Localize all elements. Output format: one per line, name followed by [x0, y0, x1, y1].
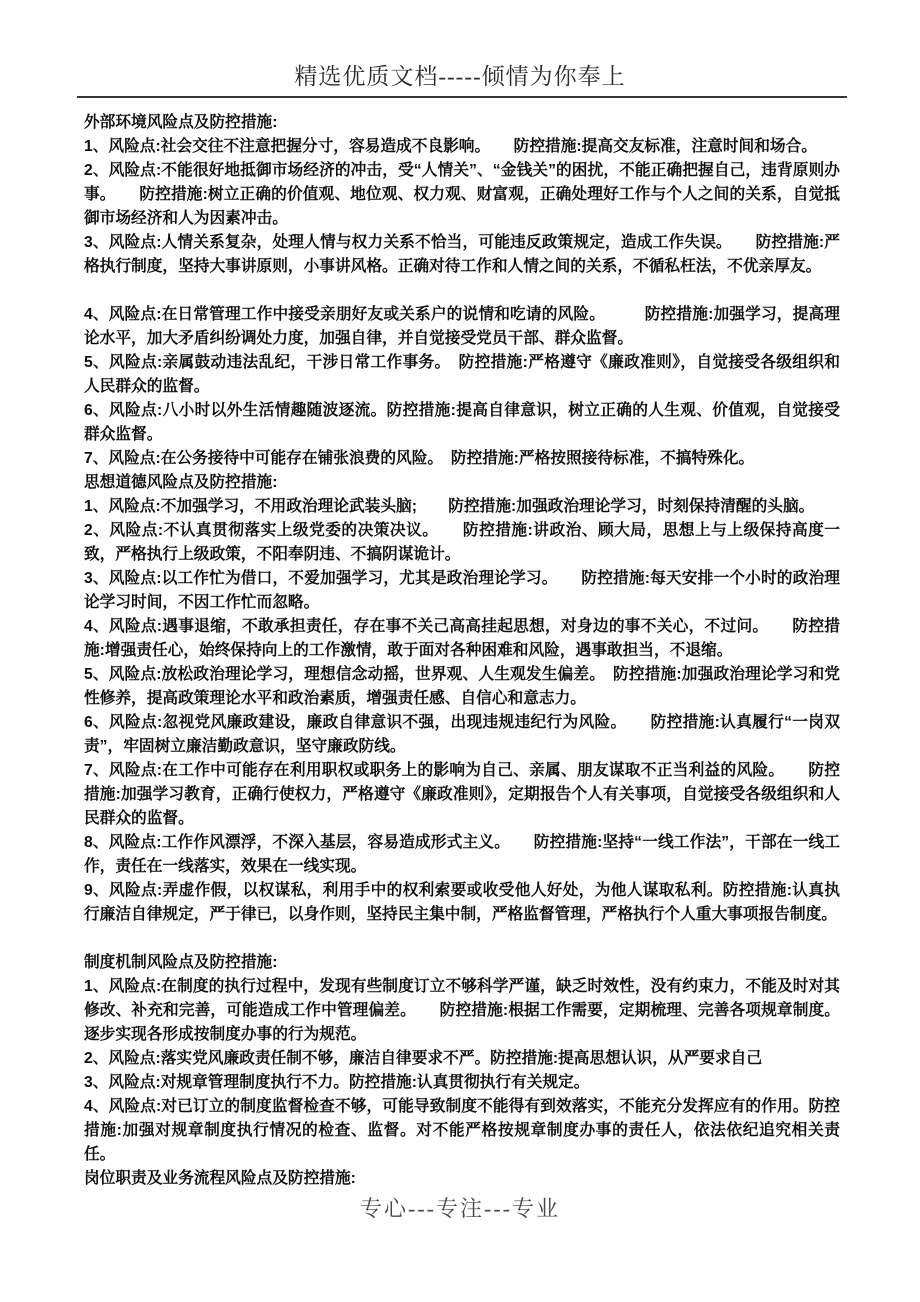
risk-item: 4、风险点:在日常管理工作中接受亲朋好友或关系户的说情和吃请的风险。 防控措施:… [84, 303, 840, 351]
document-header-title: 精选优质文档-----倾情为你奉上 [0, 58, 920, 91]
risk-item: 1、风险点:在制度的执行过程中，发现有些制度订立不够科学严谨，缺乏时效性，没有约… [84, 975, 840, 1047]
risk-item: 1、风险点:不加强学习，不用政治理论武装头脑; 防控措施:加强政治理论学习，时刻… [84, 495, 840, 519]
risk-item: 6、风险点:忽视党风廉政建设，廉政自律意识不强，出现违规违纪行为风险。 防控措施… [84, 711, 840, 759]
risk-item: 9、风险点:弄虚作假，以权谋私，利用手中的权利索要或收受他人好处，为他人谋取私利… [84, 879, 840, 927]
risk-item: 2、风险点:落实党风廉政责任制不够，廉洁自律要求不严。防控措施:提高思想认识，从… [84, 1047, 840, 1071]
risk-item: 8、风险点:工作作风漂浮，不深入基层，容易造成形式主义。 防控措施:坚持“一线工… [84, 831, 840, 879]
risk-item: 7、风险点:在工作中可能存在利用职权或职务上的影响为自己、亲属、朋友谋取不正当利… [84, 759, 840, 831]
document-body: 外部环境风险点及防控措施: 1、风险点:社会交往不注意把握分寸，容易造成不良影响… [84, 111, 840, 1191]
section-heading-ideology-morality: 思想道德风险点及防控措施: [84, 471, 840, 495]
header-rule [77, 96, 847, 98]
document-footer-text: 专心---专注---专业 [0, 1192, 920, 1223]
risk-item: 4、风险点:遇事退缩，不敢承担责任，存在事不关己高高挂起思想，对身边的事不关心，… [84, 615, 840, 663]
risk-item: 2、风险点:不能很好地抵御市场经济的冲击，受“人情关”、“金钱关”的困扰，不能正… [84, 159, 840, 231]
risk-item: 4、风险点:对已订立的制度监督检查不够，可能导致制度不能得有到效落实，不能充分发… [84, 1095, 840, 1167]
risk-item: 1、风险点:社会交往不注意把握分寸，容易造成不良影响。 防控措施:提高交友标准，… [84, 135, 840, 159]
section-heading-institutional-mechanism: 制度机制风险点及防控措施: [84, 951, 840, 975]
risk-item: 5、风险点:放松政治理论学习，理想信念动摇，世界观、人生观发生偏差。 防控措施:… [84, 663, 840, 711]
risk-item: 3、风险点:对规章管理制度执行不力。防控措施:认真贯彻执行有关规定。 [84, 1071, 840, 1095]
section-heading-job-duties-process: 岗位职责及业务流程风险点及防控措施: [84, 1167, 840, 1191]
document-page: 精选优质文档-----倾情为你奉上 外部环境风险点及防控措施: 1、风险点:社会… [0, 0, 920, 1302]
risk-item: 3、风险点:以工作忙为借口，不爱加强学习，尤其是政治理论学习。 防控措施:每天安… [84, 567, 840, 615]
risk-item: 2、风险点:不认真贯彻落实上级党委的决策决议。 防控措施:讲政治、顾大局，思想上… [84, 519, 840, 567]
section-heading-external-environment: 外部环境风险点及防控措施: [84, 111, 840, 135]
risk-item: 7、风险点:在公务接待中可能存在铺张浪费的风险。 防控措施:严格按照接待标准，不… [84, 447, 840, 471]
risk-item: 5、风险点:亲属鼓动违法乱纪，干涉日常工作事务。 防控措施:严格遵守《廉政准则》… [84, 351, 840, 399]
risk-item: 3、风险点:人情关系复杂，处理人情与权力关系不恰当，可能违反政策规定，造成工作失… [84, 231, 840, 279]
risk-item: 6、风险点:八小时以外生活情趣随波逐流。防控措施:提高自律意识，树立正确的人生观… [84, 399, 840, 447]
